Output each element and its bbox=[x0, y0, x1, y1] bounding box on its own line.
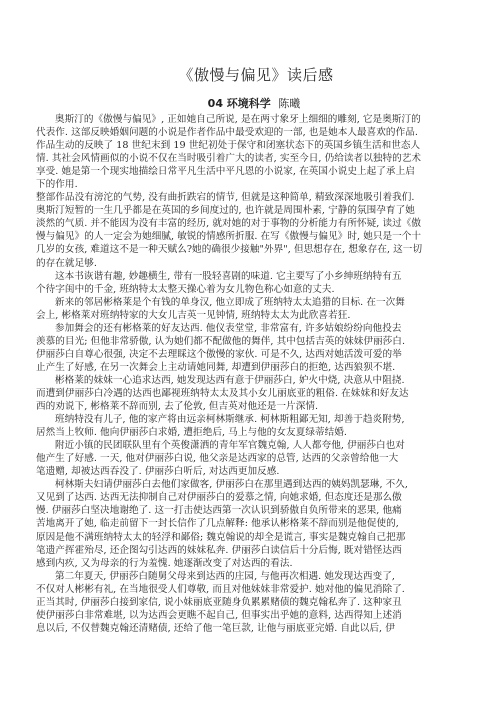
document-page: 《傲慢与偏见》读后感 04 环境科学 陈曦 奥斯汀的《傲慢与偏见》, 正如她自己… bbox=[0, 0, 500, 708]
body-text-line: 淡然的气质. 并不能因为没有丰富的经历, 就对她的对于事物的分析能力有所怀疑, … bbox=[36, 217, 462, 230]
body-text-line: 西的劝说下, 彬格莱不辞而别, 去了伦敦, 但吉英对他还是一片深情. bbox=[36, 400, 462, 413]
author-name: 陈曦 bbox=[278, 97, 300, 110]
author-class: 04 环境科学 bbox=[208, 97, 271, 110]
body-text-line: 止产生了好感, 在另一次舞会上主动请她同舞, 却遭到伊丽莎白的拒绝, 达西狼狈不… bbox=[36, 361, 462, 374]
body-text-line: 第二年夏天, 伊丽莎白随舅父母来到达西的庄园, 与他再次相遇. 她发现达西变了, bbox=[36, 570, 462, 583]
body-text-line: 居然当上牧师. 他向伊丽莎白求婚, 遭拒绝后, 马上与他的女友夏绿蒂结婚. bbox=[36, 426, 462, 439]
body-text-line: 附近小镇的民团联队里有个英俊潇洒的青年军官魏克翰, 人人都夸他, 伊丽莎白也对 bbox=[36, 439, 462, 452]
body-text-line: 奥斯汀短暂的一生几乎都是在英国的乡间度过的, 也许就是周围朴素, 宁静的氛围孕育… bbox=[36, 204, 462, 217]
body-text-line: 伊丽莎白自尊心很强, 决定不去理睬这个傲慢的家伙. 可是不久, 达西对她活泼可爱… bbox=[36, 348, 462, 361]
body-text-line: 使伊丽莎白非常难堪, 以为达西会更瞧不起自己, 但事实出乎她的意料, 达西得知上… bbox=[36, 609, 462, 622]
author-line: 04 环境科学 陈曦 bbox=[0, 95, 500, 111]
body-text-line: 彬格莱的妹妹一心追求达西, 她发现达西有意于伊丽莎白, 妒火中烧, 决意从中阻挠… bbox=[36, 374, 462, 387]
body-text-line: 几岁的女孩, 难道这不是一种天赋么?她的确很少接触"外界", 但思想存在, 想象… bbox=[36, 243, 462, 256]
body-text-line: 慢与偏见》的人一定会为她细腻, 敏锐的情感所折服. 在写《傲慢与偏见》时, 她只… bbox=[36, 230, 462, 243]
body-text-line: 整部作品没有滂沱的气势, 没有曲折跌宕的情节, 但就是这种简单, 精致深深地吸引… bbox=[36, 191, 462, 204]
body-text-line: 不仅对人彬彬有礼, 在当地很受人们尊敬, 而且对他妹妹非常爱护. 她对他的偏见消… bbox=[36, 583, 462, 596]
body-text-line: 奥斯汀的《傲慢与偏见》, 正如她自己所说, 是在两寸象牙上细细的雕刻, 它是奥斯… bbox=[36, 113, 462, 126]
body-text-line: 他产生了好感. 一天, 他对伊丽莎白说, 他父亲是达西家的总管, 达西的父亲曾给… bbox=[36, 452, 462, 465]
body-text-line: 苦地离开了她, 临走前留下一封长信作了几点解释: 他承认彬格莱不辞而别是他促使的… bbox=[36, 517, 462, 530]
body-text-line: 班纳特没有儿子, 他的家产将由远亲柯林斯继承. 柯林斯粗鄙无知, 却善于趋炎附势… bbox=[36, 413, 462, 426]
body-text-line: 息以后, 不仅替魏克翰还清赌债, 还给了他一笔巨款, 让他与丽底亚完婚. 自此以… bbox=[36, 622, 462, 635]
body-text-line: 羡慕的目光; 但他非常骄傲, 认为她们都不配做他的舞伴, 其中包括吉英的妹妹伊丽… bbox=[36, 335, 462, 348]
body-text-line: 下的作用. bbox=[36, 178, 462, 191]
body-text-line: 个待字闺中的千金, 班纳特太太整天操心着为女儿物色称心如意的丈夫. bbox=[36, 283, 462, 296]
body-text-line: 笔遗产挥霍殆尽, 还企图勾引达西的妹妹私奔. 伊丽莎白读信后十分后悔, 既对错怪… bbox=[36, 544, 462, 557]
body-text-line: 会上, 彬格莱对班纳特家的大女儿吉英一见钟情, 班纳特太太为此欣喜若狂. bbox=[36, 309, 462, 322]
body-text-line: 享受. 她是第一个现实地描绘日常平凡生活中平凡恩的小说家, 在英国小说史上起了承… bbox=[36, 165, 462, 178]
body-text-line: 正当其时, 伊丽莎白接到家信, 说小妹丽底亚随身负累累赌债的魏克翰私奔了. 这种… bbox=[36, 596, 462, 609]
body-text-line: 又见到了达西. 达西无法抑制自己对伊丽莎白的爱慕之情, 向她求婚, 但态度还是那… bbox=[36, 491, 462, 504]
body-text-line: 的存在就足够. bbox=[36, 257, 462, 270]
body-text-line: 新来的邻居彬格莱是个有钱的单身汉, 他立即成了班纳特太太追猎的目标. 在一次舞 bbox=[36, 296, 462, 309]
document-title: 《傲慢与偏见》读后感 bbox=[0, 64, 500, 85]
body-text-line: 笔遗赠, 却被达西吞没了. 伊丽莎白听后, 对达西更加反感. bbox=[36, 465, 462, 478]
body-text-line: 这本书诙谐有趣, 妙趣横生, 带有一股轻喜剧的味道. 它主要写了小乡绅班纳特有五 bbox=[36, 270, 462, 283]
body-text-line: 参加舞会的还有彬格莱的好友达西. 他仪表堂堂, 非常富有, 许多姑娘纷纷向他投去 bbox=[36, 322, 462, 335]
body-text-line: 代表作. 这部反映婚姻问题的小说是作者作品中最受欢迎的一部, 也是她本人最喜欢的… bbox=[36, 126, 462, 139]
body-text-line: 情. 其社会风情画似的小说不仅在当时吸引着广大的读者, 实至今日, 仍给读者以独… bbox=[36, 152, 462, 165]
body-text-line: 慢. 伊丽莎白坚决地谢绝了. 这一打击使达西第一次认识到骄傲自负所带来的恶果, … bbox=[36, 504, 462, 517]
body-text-line: 原因是他不满班纳特太太的轻浮和鄙俗; 魏克翰说的却全是谎言, 事实是魏克翰自己把… bbox=[36, 531, 462, 544]
body-text-line: 感到内疚, 又为母亲的行为羞愧. 她逐渐改变了对达西的看法. bbox=[36, 557, 462, 570]
body-text-line: 而遭到伊丽莎白冷遇的达西也鄙视班纳特太太及其小女儿丽底亚的粗俗. 在妹妹和好友达 bbox=[36, 387, 462, 400]
body-text-line: 作品生动的反映了 18 世纪末到 19 世纪初处于保守和闭塞状态下的英国乡镇生活… bbox=[36, 139, 462, 152]
document-body: 奥斯汀的《傲慢与偏见》, 正如她自己所说, 是在两寸象牙上细细的雕刻, 它是奥斯… bbox=[36, 113, 462, 635]
body-text-line: 柯林斯夫妇请伊丽莎白去他们家做客, 伊丽莎白在那里遇到达西的姨妈凯瑟琳, 不久, bbox=[36, 478, 462, 491]
